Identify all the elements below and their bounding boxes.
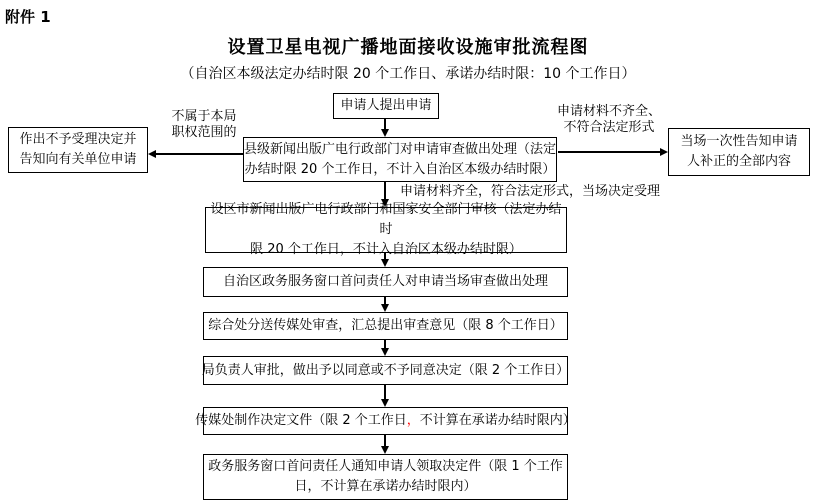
arrow-county-to-city: [384, 182, 386, 199]
label-materials-accepted: 申请材料齐全，符合法定形式，当场决定受理: [400, 184, 660, 200]
arrow-county-to-inform: [558, 151, 660, 153]
label-out-of-scope: 不属于本局 职权范围的: [158, 109, 250, 141]
box-media-decision-document: 传媒处制作决定文件（限 2 个工作日，不计算在承诺办结时限内）: [203, 407, 568, 435]
box-comprehensive-review: 综合处分送传媒处审查，汇总提出审查意见（限 8 个工作日）: [203, 312, 568, 340]
arrow-comprehensive-to-director: [384, 340, 386, 348]
box-applicant-submit: 申请人提出申请: [333, 93, 439, 119]
box-director-approval: 局负责人审批，做出予以同意或不予同意决定（限 2 个工作日）: [203, 356, 568, 385]
arrow-city-to-window: [384, 253, 386, 259]
page-title: 设置卫星电视广播地面接收设施审批流程图: [0, 33, 816, 59]
box-inform-correction: 当场一次性告知申请 人补正的全部内容: [668, 128, 810, 176]
arrow-media-to-notify: [384, 435, 386, 446]
media-doc-red-comma: ，: [407, 411, 420, 431]
page-subtitle: （自治区本级法定办结时限 20 个工作日、承诺办结时限：10 个工作日）: [0, 63, 816, 83]
box-notify-pickup: 政务服务窗口首问责任人通知申请人领取决定件（限 1 个工作 日，不计算在承诺办结…: [203, 454, 568, 500]
media-doc-text-post: 不计算在承诺办结时限内）: [420, 411, 576, 431]
box-reject-decision: 作出不予受理决定并 告知向有关单位申请: [8, 127, 148, 173]
flowchart-page: 附件 1 设置卫星电视广播地面接收设施审批流程图 （自治区本级法定办结时限 20…: [0, 0, 816, 502]
box-city-security-review: 设区市新闻出版广电行政部门和国家安全部门审核（法定办结时 限 20 个工作日，不…: [205, 207, 567, 253]
arrow-director-to-media: [384, 385, 386, 399]
arrow-county-to-reject: [156, 153, 243, 155]
arrow-window-to-comprehensive: [384, 297, 386, 304]
box-county-review: 县级新闻出版广电行政部门对申请审查做出处理（法定 办结时限 20 个工作日，不计…: [243, 137, 557, 182]
attachment-label: 附件 1: [5, 6, 51, 27]
media-doc-text-pre: 传媒处制作决定文件（限 2 个工作日: [195, 411, 407, 431]
box-service-window-review: 自治区政务服务窗口首问责任人对申请当场审查做出处理: [203, 267, 568, 297]
arrow-apply-to-county: [384, 119, 386, 129]
label-materials-incomplete: 申请材料不齐全、 不符合法定形式: [552, 104, 666, 136]
